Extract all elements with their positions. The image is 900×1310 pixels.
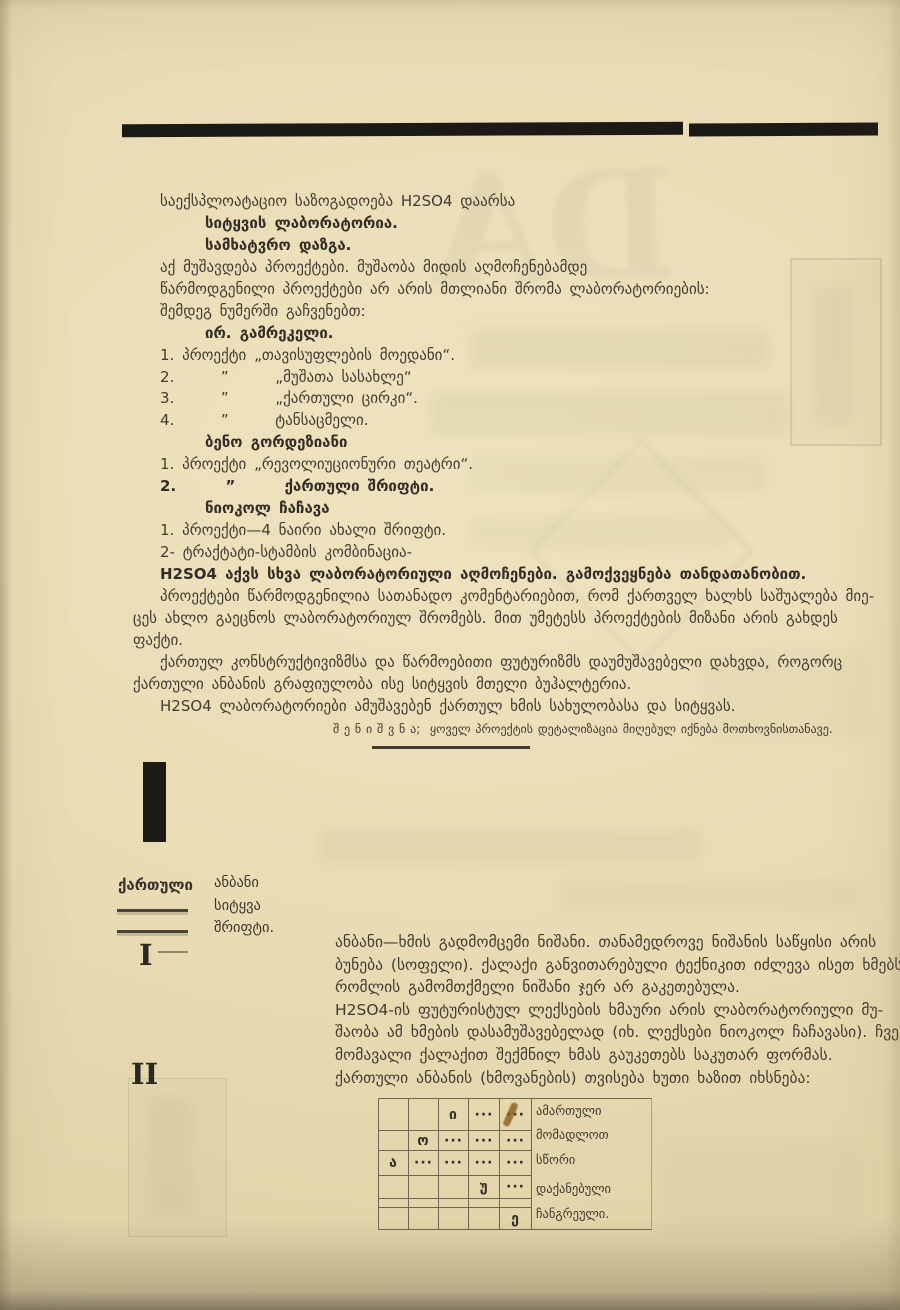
page-scan: DA საექსპლოატაციო საზოგადოება H2SO4 დაარ… [0, 0, 900, 1310]
section-line: ანბანი—ხმის გადმომცემი ნიშანი. თანამედრო… [335, 931, 890, 954]
intro-line: წარმოდგენილი პროექტები არ არის მთლიანი შ… [133, 279, 886, 301]
bleedthrough-blob [150, 1098, 192, 1218]
masthead-ditto-rule [117, 909, 188, 912]
section-line: შაობა ამ ხმების დასამუშავებელად (იხ. ლექ… [335, 1021, 890, 1044]
intro-line: ქართულ კონსტრუქტივიზმსა და წარმოებითი ფუ… [133, 652, 886, 674]
staff-cell [379, 1208, 409, 1229]
staff-cell [439, 1199, 469, 1208]
staff-cell [409, 1199, 439, 1208]
project-list-item: 2. ” „მუშათა სასახლე“ [133, 367, 886, 389]
staff-cell [379, 1199, 409, 1208]
intro-line: H2SO4 აქვს სხვა ლაბორატორიული აღმოჩენები… [133, 564, 886, 586]
roman-numeral-ii: II [131, 1057, 158, 1091]
intro-heading: სიტყვის ლაბორატორია. [133, 213, 886, 235]
author-heading: ბენო გორდეზიანი [133, 432, 886, 454]
intro-line: H2SO4 ლაბორატორიები ამუშავებენ ქართულ ხმ… [133, 696, 886, 718]
intro-line: ქართული ანბანის გრაფიულობა ისე სიტყვის მ… [133, 674, 886, 696]
bleedthrough-blob [660, 1140, 860, 1230]
staff-row-label: ჩანგრეული. [536, 1206, 609, 1221]
staff-cell: ··· [500, 1176, 531, 1199]
project-list-item: 1. პროექტი „თავისუფლების მოედანი“. [133, 345, 886, 367]
intro-line: შემდეგ ნუმერში გაჩვენებთ: [133, 301, 886, 323]
author-heading: ირ. გამრეკელი. [133, 323, 886, 345]
staff-cell: ··· [469, 1131, 500, 1151]
intro-line: პროექტები წარმოდგენილია სათანადო კომენტა… [133, 586, 886, 608]
staff-cell: ე [500, 1208, 531, 1229]
intro-line: აქ მუშავდება პროექტები. მუშაობა მიდის აღ… [133, 257, 886, 279]
staff-cell [469, 1208, 500, 1229]
roman-numeral-i: I [139, 938, 153, 972]
staff-row-label: მომადლოთ [536, 1127, 609, 1142]
staff-cell [379, 1099, 409, 1131]
section-text-column: ანბანი—ხმის გადმომცემი ნიშანი. თანამედრო… [335, 931, 890, 1089]
project-list-item: 1. პროექტი „რევოლიუციონური თეატრი“. [133, 454, 886, 476]
masthead-item: შრიფტი. [214, 920, 274, 936]
project-list-item: 1. პროექტი—4 ნაირი ახალი შრიფტი. [133, 520, 886, 542]
author-heading: ნიოკოლ ჩაჩავა [133, 498, 886, 520]
staff-cell [379, 1131, 409, 1151]
staff-row-label: ამართული [536, 1103, 602, 1118]
project-list-item: 2- ტრაქტატი-სტამბის კომბინაცია- [133, 542, 886, 564]
staff-cell: ··· [409, 1151, 439, 1176]
numeral-dash [158, 951, 188, 953]
top-rule-right [689, 123, 878, 137]
intro-line: ფაქტი. [133, 630, 886, 652]
section-line: ქართული ანბანის (ხმოვანების) თვისება ხუთ… [335, 1067, 890, 1090]
footnote: შ ე ნ ი შ ვ ნ ა; ყოველ პროექტის დეტალიზა… [133, 718, 886, 740]
staff-row-label: სწორი [536, 1152, 575, 1167]
staff-cell: ··· [469, 1099, 500, 1131]
project-list-item: 4. ” ტანსაცმელი. [133, 410, 886, 432]
masthead-item: სიტყვა [214, 898, 261, 914]
bleedthrough-blob [560, 880, 860, 910]
staff-cell [409, 1099, 439, 1131]
bleedthrough-box-left [128, 1078, 227, 1237]
staff-cell [439, 1176, 469, 1199]
staff-cell: ი [439, 1099, 469, 1131]
intro-heading: სამხატვრო დაზგა. [133, 235, 886, 257]
section-line: H2SO4-ის ფუტურისტულ ლექსების ხმაური არის… [335, 999, 890, 1022]
staff-cell: ა [379, 1151, 409, 1176]
staff-cell: ო [409, 1131, 439, 1151]
intro-line: ცეს ახლო გაეცნოს ლაბორატორიულ შრომებს. მ… [133, 608, 886, 630]
masthead-item: ანბანი [214, 875, 259, 891]
staff-cell: ··· [500, 1151, 531, 1176]
project-list-item: 3. ” „ქართული ცირკი“. [133, 388, 886, 410]
masthead-ditto-rule [117, 930, 188, 933]
staff-cell: უ [469, 1176, 500, 1199]
section-line: მომავალი ქალაქით შექმნილ ხმას გაუკეთებს … [335, 1044, 890, 1067]
footnote-rule [372, 746, 530, 749]
staff-cell [500, 1199, 531, 1208]
bleedthrough-blob [320, 830, 700, 862]
staff-row-label: დაქანებული [536, 1181, 611, 1196]
top-rule-left [122, 122, 683, 137]
staff-cell [409, 1208, 439, 1229]
staff-cell [379, 1176, 409, 1199]
section-line: რომლის გამომთქმელი ნიშანი ჯერ არ გაკეთებ… [335, 976, 890, 999]
staff-label-column: ამართული მომადლოთ სწორი დაქანებული ჩანგრ… [531, 1098, 652, 1230]
staff-cell: ··· [439, 1131, 469, 1151]
staff-cell: ··· [500, 1131, 531, 1151]
intro-block: საექსპლოატაციო საზოგადოება H2SO4 დაარსა … [133, 191, 886, 740]
staff-cell [469, 1199, 500, 1208]
intro-line: საექსპლოატაციო საზოგადოება H2SO4 დაარსა [133, 191, 886, 213]
masthead-word: ქართული [118, 876, 193, 894]
staff-cell: ··· [469, 1151, 500, 1176]
section-divider-bar [143, 762, 166, 842]
staff-cell [439, 1208, 469, 1229]
section-line: ბუნება (სოფელი). ქალაქი განვითარებული ტე… [335, 954, 890, 977]
staff-cell: ··· [439, 1151, 469, 1176]
project-list-item: 2. ” ქართული შრიფტი. [133, 476, 886, 498]
staff-cell [409, 1176, 439, 1199]
